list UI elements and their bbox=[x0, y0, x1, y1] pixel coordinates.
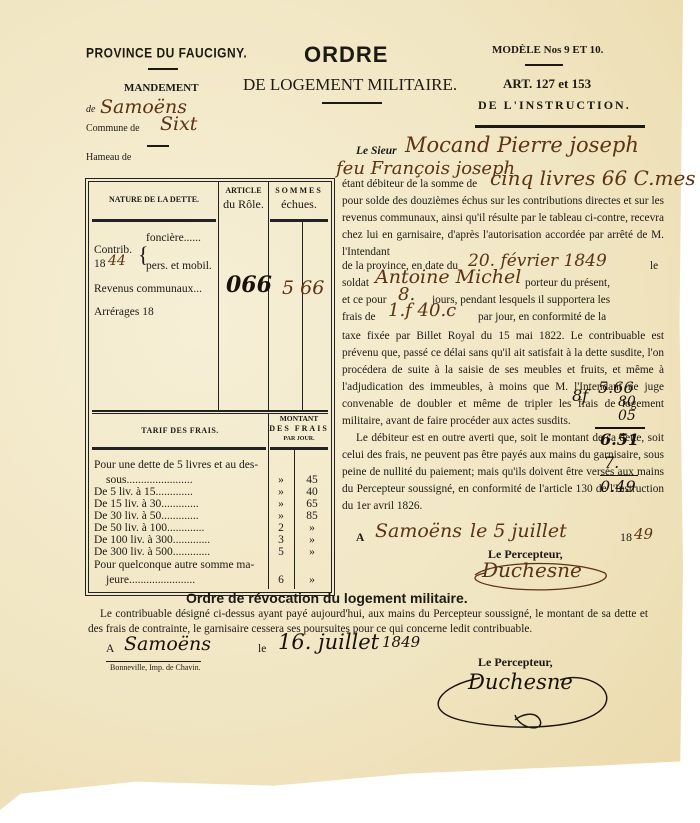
header-nature: NATURE DE LA DETTE. bbox=[92, 195, 216, 204]
tarif-centimes: » bbox=[302, 522, 322, 534]
ornament-divider bbox=[147, 145, 169, 147]
tarif-row: De 300 liv. à 500............. bbox=[94, 546, 210, 558]
pers-mobil-label: pers. et mobil. bbox=[146, 260, 212, 272]
tarif-livres: » bbox=[271, 498, 291, 510]
tarif-centimes: » bbox=[302, 546, 322, 558]
margin-calc-line: 7. bbox=[604, 453, 619, 472]
header-rule bbox=[270, 219, 328, 222]
margin-calc-rule bbox=[595, 427, 645, 429]
tarif-row: De 5 liv. à 15............. bbox=[94, 486, 193, 498]
margin-side-note: 8f bbox=[572, 386, 588, 405]
column-divider bbox=[302, 222, 303, 411]
article-reference: ART. 127 et 153 bbox=[503, 76, 591, 92]
tarif-row: sous....................... bbox=[106, 474, 193, 486]
instruction-reference: DE L'INSTRUCTION. bbox=[478, 98, 631, 113]
place-label: A bbox=[356, 532, 364, 544]
contrib-year-handwritten: 44 bbox=[108, 253, 126, 269]
tarif-livres: 5 bbox=[271, 546, 291, 558]
revenus-label: Revenus communaux... bbox=[94, 283, 202, 295]
amount-handwritten: cinq livres 66 C.mes bbox=[490, 166, 696, 190]
tarif-centimes: 85 bbox=[302, 510, 322, 522]
frais-label: frais de bbox=[342, 311, 376, 323]
section-rule bbox=[92, 410, 328, 412]
revocation-signature-flourish bbox=[420, 660, 620, 740]
montant-header-2: DES FRAIS bbox=[269, 424, 329, 433]
header-rule bbox=[270, 447, 328, 450]
date-suffix: le bbox=[650, 260, 658, 272]
days-suffix: jours, pendant lesquels il supportera le… bbox=[432, 294, 610, 306]
signature-flourish bbox=[455, 555, 625, 595]
ornament-flourish bbox=[475, 125, 645, 128]
margin-calc-line: 6.51 bbox=[600, 430, 639, 449]
revocation-le-label: le bbox=[258, 643, 266, 655]
revocation-date-handwritten: 16. juillet bbox=[278, 630, 379, 654]
printer-imprint: Bonneville, Imp. de Chavin. bbox=[110, 663, 201, 672]
tarif-livres: » bbox=[271, 510, 291, 522]
revocation-year-handwritten: 1849 bbox=[382, 633, 420, 651]
revocation-place-handwritten: Samoëns bbox=[124, 633, 211, 655]
fonciere-label: foncière...... bbox=[146, 232, 201, 244]
montant-header-1: MONTANT bbox=[269, 414, 329, 423]
tarif-livres: 3 bbox=[271, 534, 291, 546]
province-heading: PROVINCE DU FAUCIGNY. bbox=[86, 45, 247, 61]
tarif-centimes: 65 bbox=[302, 498, 322, 510]
tarif-header: TARIF DES FRAIS. bbox=[92, 426, 268, 435]
commune-label: Commune de bbox=[86, 123, 140, 134]
tarif-livres: » bbox=[271, 486, 291, 498]
soldat-suffix: porteur du présent, bbox=[525, 277, 610, 289]
column-divider bbox=[294, 450, 295, 589]
tarif-livres: 2 bbox=[271, 522, 291, 534]
sommes-value-handwritten: 5 66 bbox=[282, 277, 324, 299]
frais-handwritten: 1.f 40.c bbox=[388, 300, 456, 321]
contrib-year-prefix: 18 bbox=[94, 258, 106, 270]
frais-suffix: par jour, en conformité de la bbox=[478, 311, 606, 323]
soldat-label: soldat bbox=[342, 277, 369, 289]
debiteur-line: étant débiteur de la somme de bbox=[342, 178, 477, 190]
header-article-bottom: du Rôle. bbox=[219, 197, 268, 212]
document-subtitle: DE LOGEMENT MILITAIRE. bbox=[243, 75, 457, 95]
tarif-row: jeure....................... bbox=[106, 574, 195, 586]
tarif-centimes: » bbox=[302, 574, 322, 586]
tarif-row: De 15 liv. à 30............. bbox=[94, 498, 199, 510]
hameau-label: Hameau de bbox=[86, 152, 131, 163]
header-sommes-top: SOMMES bbox=[269, 186, 329, 195]
article-value-handwritten: 066 bbox=[226, 272, 272, 298]
tarif-row: De 30 liv. à 50............. bbox=[94, 510, 199, 522]
sieur-line2-handwritten: feu François joseph bbox=[336, 158, 515, 179]
revocation-place-label: A bbox=[106, 643, 114, 655]
ornament-divider bbox=[322, 102, 382, 104]
place-handwritten: Samoëns bbox=[375, 520, 462, 542]
modele-reference: MODÈLE Nos 9 ET 10. bbox=[492, 44, 603, 56]
revocation-title: Ordre de révocation du logement militair… bbox=[186, 590, 468, 606]
tarif-centimes: » bbox=[302, 534, 322, 546]
header-article-top: ARTICLE bbox=[219, 186, 268, 195]
year-handwritten: 49 bbox=[634, 525, 653, 543]
tarif-row: De 100 liv. à 300............. bbox=[94, 534, 210, 546]
ornament-divider bbox=[148, 68, 178, 70]
margin-calc-rule bbox=[600, 475, 638, 476]
tarif-livres: 6 bbox=[271, 574, 291, 586]
tarif-centimes: 45 bbox=[302, 474, 322, 486]
header-sommes-bottom: échues. bbox=[269, 197, 329, 212]
column-divider bbox=[218, 182, 219, 411]
commune-value: Sixt bbox=[160, 113, 197, 135]
arrerages-label: Arrérages 18 bbox=[94, 306, 154, 318]
soldat-handwritten: Antoine Michel bbox=[375, 266, 521, 288]
tarif-row: De 50 liv. à 100............. bbox=[94, 522, 204, 534]
tarif-centimes: 40 bbox=[302, 486, 322, 498]
margin-calc-line: 05 bbox=[618, 408, 636, 424]
ornament-divider bbox=[525, 64, 563, 66]
header-rule bbox=[92, 219, 216, 222]
tarif-livres: » bbox=[271, 474, 291, 486]
pour-label: et ce pour bbox=[342, 294, 387, 306]
montant-header-3: PAR JOUR. bbox=[269, 436, 329, 442]
place-date-handwritten: le 5 juillet bbox=[470, 520, 567, 542]
sieur-name-handwritten: Mocand Pierre joseph bbox=[405, 133, 639, 157]
mandement-label: MANDEMENT bbox=[124, 82, 199, 94]
tarif-row: Pour quelconque autre somme ma- bbox=[94, 559, 254, 571]
de-label: de bbox=[86, 104, 95, 115]
tarif-row: Pour une dette de 5 livres et au des- bbox=[94, 459, 258, 471]
margin-calc-line: 0.49 bbox=[600, 477, 636, 496]
sieur-label: Le Sieur bbox=[356, 145, 397, 157]
year-prefix: 18 bbox=[620, 530, 632, 545]
document-title: ORDRE bbox=[304, 42, 388, 68]
header-rule bbox=[92, 447, 266, 450]
imprint-rule bbox=[106, 661, 201, 662]
